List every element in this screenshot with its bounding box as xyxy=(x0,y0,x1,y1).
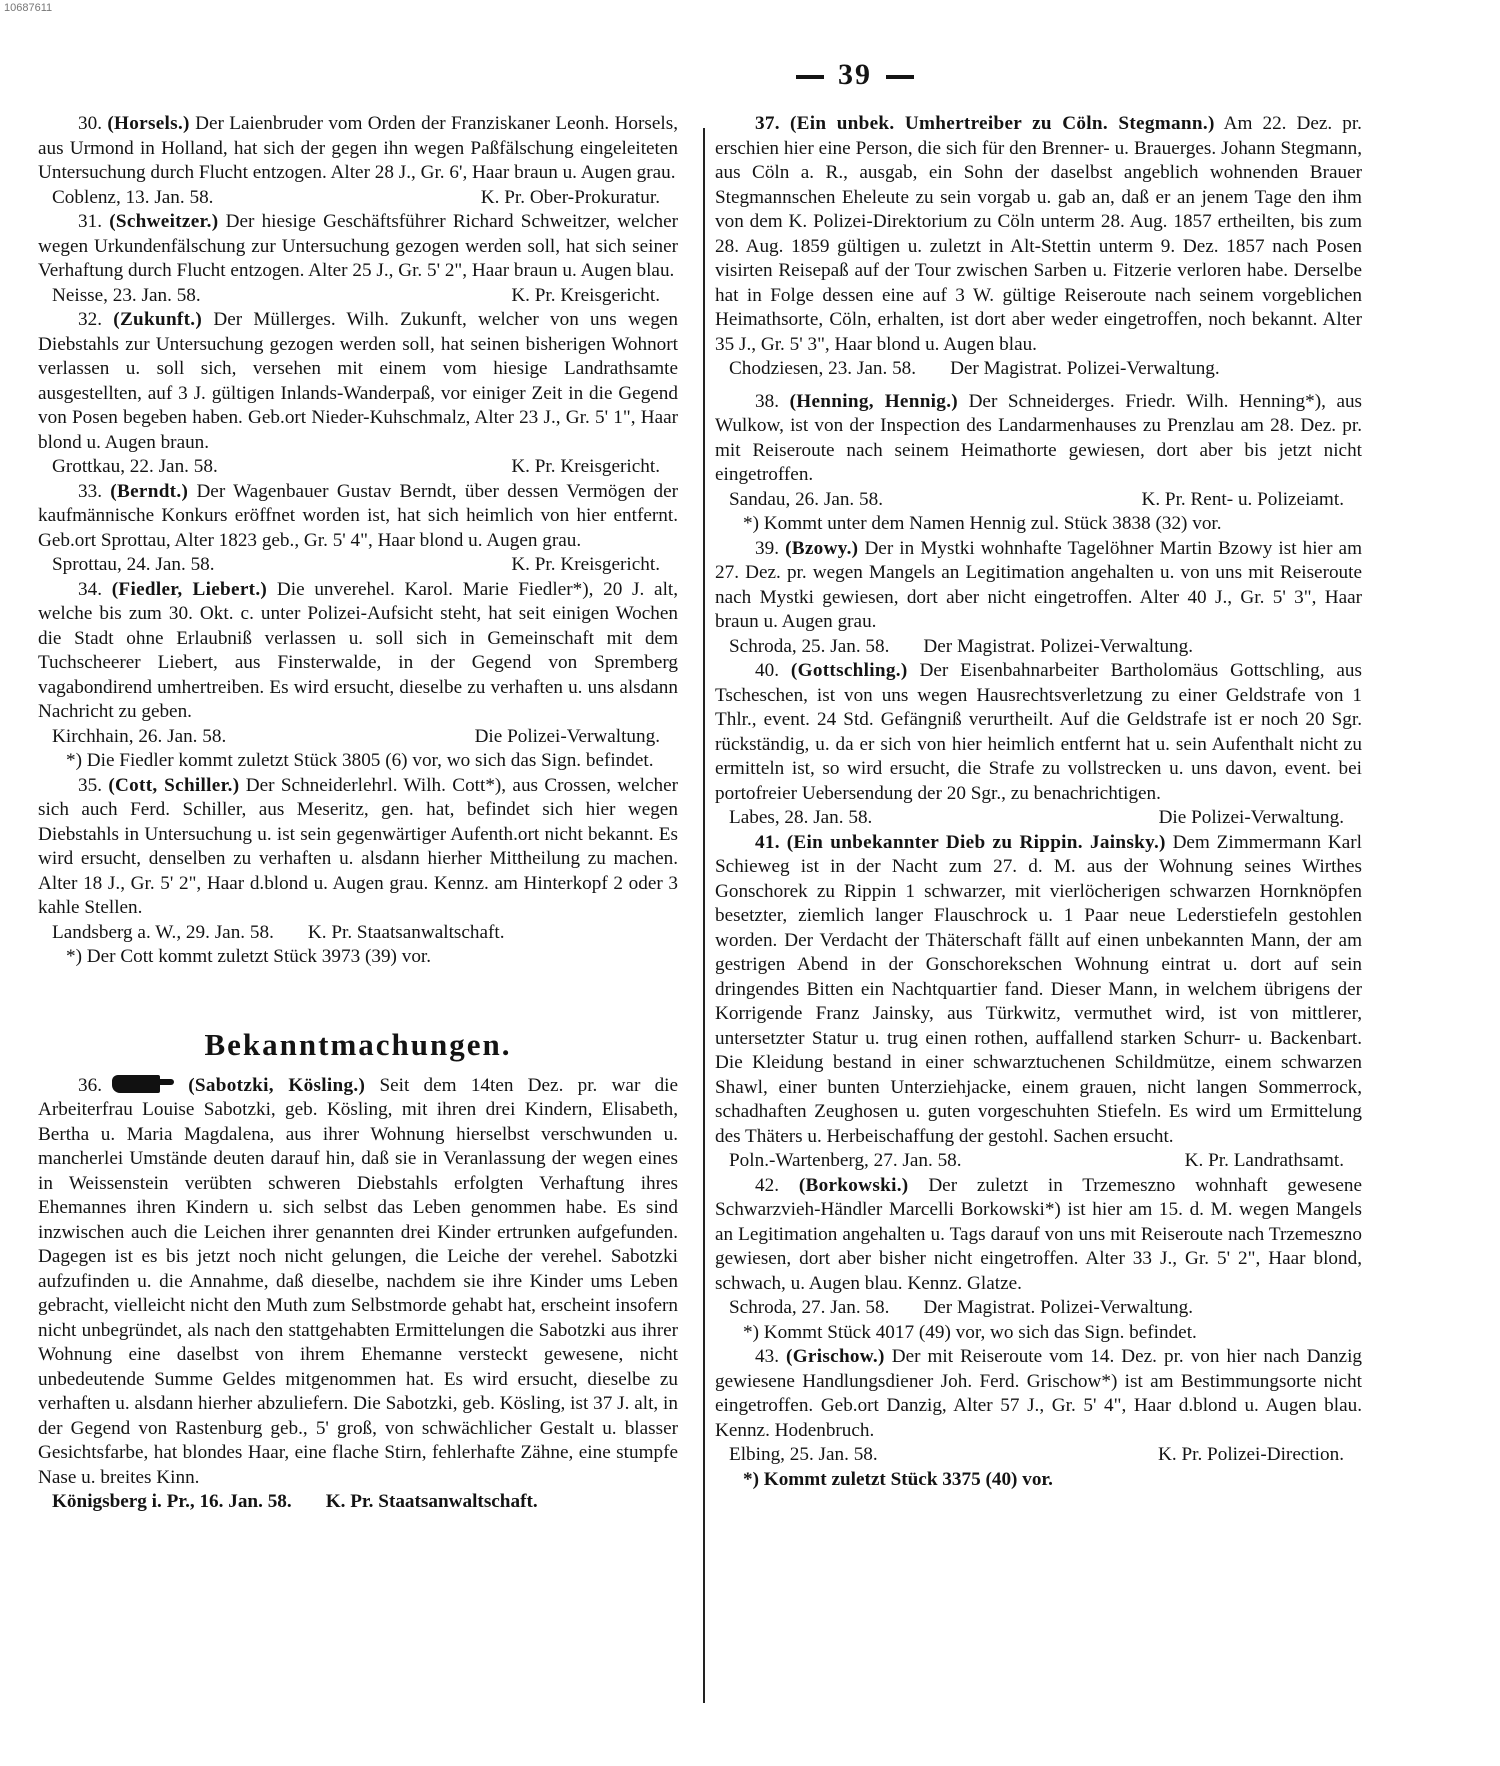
notice-number: 42. xyxy=(755,1175,779,1196)
notice-text: Dem Zimmermann Karl Schieweg ist in der … xyxy=(715,832,1362,1147)
notice-signature: Königsberg i. Pr., 16. Jan. 58.K. Pr. St… xyxy=(38,1490,678,1515)
notice-heading: (Borkowski.) xyxy=(799,1175,909,1196)
footnote: *) Kommt zuletzt Stück 3375 (40) vor. xyxy=(715,1468,1362,1493)
section-title: Bekanntmachungen. xyxy=(38,1028,678,1062)
notice-heading: (Bzowy.) xyxy=(785,538,858,559)
notice-body: 35. (Cott, Schiller.) Der Schneiderlehrl… xyxy=(38,774,678,921)
notice-33: 33. (Berndt.) Der Wagenbauer Gustav Bern… xyxy=(38,480,678,578)
notice-body: 39. (Bzowy.) Der in Mystki wohnhafte Tag… xyxy=(715,537,1362,635)
notice-36: 36. (Sabotzki, Kösling.) Seit dem 14ten … xyxy=(38,1074,678,1515)
place-date: Sprottau, 24. Jan. 58. xyxy=(52,553,215,578)
place-date: Königsberg i. Pr., 16. Jan. 58. xyxy=(52,1490,292,1515)
notice-body: 42. (Borkowski.) Der zuletzt in Trzemesz… xyxy=(715,1174,1362,1297)
notice-heading: (Zukunft.) xyxy=(113,309,202,330)
authority: Der Magistrat. Polizei-Verwaltung. xyxy=(923,635,1193,660)
notice-number: 32. xyxy=(78,309,102,330)
place-date: Kirchhain, 26. Jan. 58. xyxy=(52,725,226,750)
notice-heading: (Grischow.) xyxy=(786,1346,885,1367)
dash-right xyxy=(886,75,914,79)
authority: K. Pr. Kreisgericht. xyxy=(511,284,660,309)
authority: K. Pr. Rent- u. Polizeiamt. xyxy=(1141,488,1344,513)
footnote: *) Kommt unter dem Namen Hennig zul. Stü… xyxy=(715,512,1362,537)
place-date: Landsberg a. W., 29. Jan. 58. xyxy=(52,921,274,946)
notice-body: 31. (Schweitzer.) Der hiesige Geschäftsf… xyxy=(38,210,678,284)
page-number-value: 39 xyxy=(838,58,872,91)
notice-39: 39. (Bzowy.) Der in Mystki wohnhafte Tag… xyxy=(715,537,1362,660)
dash-left xyxy=(796,75,824,79)
notice-number: 40. xyxy=(755,660,779,681)
notice-43: 43. (Grischow.) Der mit Reiseroute vom 1… xyxy=(715,1345,1362,1492)
page-number: 39 xyxy=(0,58,1500,92)
right-column: 37. (Ein unbek. Umhertreiber zu Cöln. St… xyxy=(715,112,1362,1492)
authority: K. Pr. Kreisgericht. xyxy=(511,455,660,480)
authority: Der Magistrat. Polizei-Verwaltung. xyxy=(950,357,1220,382)
notice-heading: (Ein unbek. Umhertreiber zu Cöln. Stegma… xyxy=(790,113,1215,134)
authority: Die Polizei-Verwaltung. xyxy=(1159,806,1344,831)
notice-number: 33. xyxy=(78,481,102,502)
notice-signature: Elbing, 25. Jan. 58.K. Pr. Polizei-Direc… xyxy=(715,1443,1362,1468)
notice-body: 33. (Berndt.) Der Wagenbauer Gustav Bern… xyxy=(38,480,678,554)
notice-31: 31. (Schweitzer.) Der hiesige Geschäftsf… xyxy=(38,210,678,308)
notice-body: 34. (Fiedler, Liebert.) Die unverehel. K… xyxy=(38,578,678,725)
authority: K. Pr. Landrathsamt. xyxy=(1185,1149,1344,1174)
notice-30: 30. (Horsels.) Der Laienbruder vom Orden… xyxy=(38,112,678,210)
notice-38: 38. (Henning, Hennig.) Der Schneiderges.… xyxy=(715,390,1362,537)
notice-heading: (Cott, Schiller.) xyxy=(108,775,239,796)
notice-body: 38. (Henning, Hennig.) Der Schneiderges.… xyxy=(715,390,1362,488)
notice-heading: (Horsels.) xyxy=(107,113,189,134)
notice-text: Der Schneiderlehrl. Wilh. Cott*), aus Cr… xyxy=(38,775,678,919)
notice-number: 37. xyxy=(755,113,780,134)
notice-body: 40. (Gottschling.) Der Eisenbahnarbeiter… xyxy=(715,659,1362,806)
notice-signature: Schroda, 25. Jan. 58.Der Magistrat. Poli… xyxy=(715,635,1362,660)
notice-32: 32. (Zukunft.) Der Müllerges. Wilh. Zuku… xyxy=(38,308,678,480)
notice-body: 37. (Ein unbek. Umhertreiber zu Cöln. St… xyxy=(715,112,1362,357)
place-date: Elbing, 25. Jan. 58. xyxy=(729,1443,878,1468)
notice-number: 30. xyxy=(78,113,102,134)
notice-heading: (Schweitzer.) xyxy=(109,211,218,232)
place-date: Poln.-Wartenberg, 27. Jan. 58. xyxy=(729,1149,962,1174)
notice-text: Der Müllerges. Wilh. Zukunft, welcher vo… xyxy=(38,309,678,453)
notice-40: 40. (Gottschling.) Der Eisenbahnarbeiter… xyxy=(715,659,1362,831)
column-divider xyxy=(703,128,705,1703)
place-date: Schroda, 27. Jan. 58. xyxy=(729,1296,889,1321)
notice-text: Die unverehel. Karol. Marie Fiedler*), 2… xyxy=(38,579,678,723)
notice-signature: Poln.-Wartenberg, 27. Jan. 58.K. Pr. Lan… xyxy=(715,1149,1362,1174)
notice-body: 30. (Horsels.) Der Laienbruder vom Orden… xyxy=(38,112,678,186)
authority: K. Pr. Staatsanwaltschaft. xyxy=(308,921,505,946)
authority: K. Pr. Polizei-Direction. xyxy=(1158,1443,1344,1468)
notice-signature: Sprottau, 24. Jan. 58.K. Pr. Kreisgerich… xyxy=(38,553,678,578)
notice-heading: (Henning, Hennig.) xyxy=(790,391,958,412)
footnote: *) Die Fiedler kommt zuletzt Stück 3805 … xyxy=(38,749,678,774)
notice-number: 38. xyxy=(755,391,779,412)
notice-body: 41. (Ein unbekannter Dieb zu Rippin. Jai… xyxy=(715,831,1362,1150)
place-date: Grottkau, 22. Jan. 58. xyxy=(52,455,218,480)
notice-number: 36. xyxy=(78,1075,102,1096)
footnote: *) Kommt Stück 4017 (49) vor, wo sich da… xyxy=(715,1321,1362,1346)
notice-heading: (Ein unbekannter Dieb zu Rippin. Jainsky… xyxy=(787,832,1166,853)
notice-number: 34. xyxy=(78,579,102,600)
notice-34: 34. (Fiedler, Liebert.) Die unverehel. K… xyxy=(38,578,678,774)
notice-text: Am 22. Dez. pr. erschien hier eine Perso… xyxy=(715,113,1362,355)
pointing-hand-icon xyxy=(112,1075,160,1093)
notice-heading: (Fiedler, Liebert.) xyxy=(112,579,267,600)
notice-body: 32. (Zukunft.) Der Müllerges. Wilh. Zuku… xyxy=(38,308,678,455)
notice-heading: (Berndt.) xyxy=(110,481,188,502)
notice-signature: Grottkau, 22. Jan. 58.K. Pr. Kreisgerich… xyxy=(38,455,678,480)
authority: K. Pr. Kreisgericht. xyxy=(511,553,660,578)
notice-number: 31. xyxy=(78,211,102,232)
authority: K. Pr. Ober-Prokuratur. xyxy=(481,186,660,211)
place-date: Chodziesen, 23. Jan. 58. xyxy=(729,357,916,382)
place-date: Schroda, 25. Jan. 58. xyxy=(729,635,889,660)
notice-signature: Kirchhain, 26. Jan. 58.Die Polizei-Verwa… xyxy=(38,725,678,750)
notice-body: 36. (Sabotzki, Kösling.) Seit dem 14ten … xyxy=(38,1074,678,1491)
notice-heading: (Gottschling.) xyxy=(791,660,908,681)
notice-text: Der Eisenbahnarbeiter Bartholomäus Gotts… xyxy=(715,660,1362,804)
notice-signature: Chodziesen, 23. Jan. 58.Der Magistrat. P… xyxy=(715,357,1362,382)
notice-signature: Sandau, 26. Jan. 58.K. Pr. Rent- u. Poli… xyxy=(715,488,1362,513)
notice-number: 35. xyxy=(78,775,102,796)
notice-number: 39. xyxy=(755,538,779,559)
notice-signature: Coblenz, 13. Jan. 58.K. Pr. Ober-Prokura… xyxy=(38,186,678,211)
authority: Der Magistrat. Polizei-Verwaltung. xyxy=(923,1296,1193,1321)
notice-heading: (Sabotzki, Kösling.) xyxy=(188,1075,365,1096)
notice-42: 42. (Borkowski.) Der zuletzt in Trzemesz… xyxy=(715,1174,1362,1346)
notice-signature: Schroda, 27. Jan. 58.Der Magistrat. Poli… xyxy=(715,1296,1362,1321)
notice-35: 35. (Cott, Schiller.) Der Schneiderlehrl… xyxy=(38,774,678,970)
notice-signature: Neisse, 23. Jan. 58.K. Pr. Kreisgericht. xyxy=(38,284,678,309)
notice-signature: Landsberg a. W., 29. Jan. 58.K. Pr. Staa… xyxy=(38,921,678,946)
left-column: 30. (Horsels.) Der Laienbruder vom Orden… xyxy=(38,112,678,1515)
place-date: Sandau, 26. Jan. 58. xyxy=(729,488,883,513)
scan-id: 10687611 xyxy=(4,2,52,14)
notice-number: 41. xyxy=(755,832,780,853)
place-date: Neisse, 23. Jan. 58. xyxy=(52,284,201,309)
notice-body: 43. (Grischow.) Der mit Reiseroute vom 1… xyxy=(715,1345,1362,1443)
notice-text: Seit dem 14ten Dez. pr. war die Arbeiter… xyxy=(38,1075,678,1488)
place-date: Labes, 28. Jan. 58. xyxy=(729,806,872,831)
authority: Die Polizei-Verwaltung. xyxy=(475,725,660,750)
place-date: Coblenz, 13. Jan. 58. xyxy=(52,186,213,211)
notice-number: 43. xyxy=(755,1346,779,1367)
notice-37: 37. (Ein unbek. Umhertreiber zu Cöln. St… xyxy=(715,112,1362,382)
footnote: *) Der Cott kommt zuletzt Stück 3973 (39… xyxy=(38,945,678,970)
notice-41: 41. (Ein unbekannter Dieb zu Rippin. Jai… xyxy=(715,831,1362,1174)
authority: K. Pr. Staatsanwaltschaft. xyxy=(326,1490,538,1515)
notice-signature: Labes, 28. Jan. 58.Die Polizei-Verwaltun… xyxy=(715,806,1362,831)
